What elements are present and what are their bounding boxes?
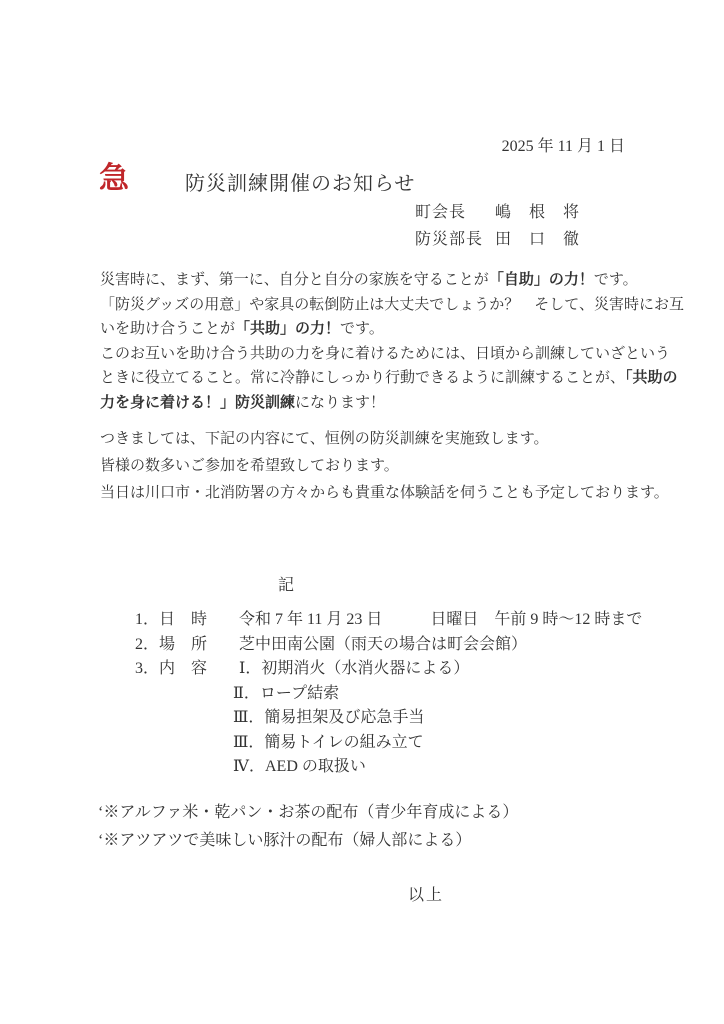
notes-block: ‘※アルファ米・乾パン・お茶の配布（青少年育成による） ‘※アツアツで美味しい豚… (98, 799, 518, 855)
signatory-row: 町会長 嶋 根 将 (415, 199, 580, 226)
signatory-role: 町会長 (415, 199, 495, 226)
signatory-row: 防災部長 田 口 徹 (415, 226, 580, 253)
note-line: ‘※アルファ米・乾パン・お茶の配布（青少年育成による） (98, 799, 518, 827)
intro-line: 災害時に、まず、第一に、自分と自分の家族を守ることが「自助」の力！です。 (100, 268, 684, 293)
schedule-subitem: Ⅲ．簡易トイレの組み立て (135, 731, 642, 756)
intro-line: このお互いを助け合う共助の力を身に着けるためには、日頃から訓練していざという (100, 342, 684, 367)
closing-ijou: 以上 (408, 882, 444, 905)
schedule-subitem: Ⅳ．AED の取扱い (135, 755, 642, 780)
schedule-item-datetime: 1．日 時 令和 7 年 11 月 23 日 日曜日 午前 9 時～12 時まで (135, 608, 642, 633)
intro-line: 力を身に着ける！」防災訓練になります！ (100, 391, 684, 416)
intro-text: です。 (340, 321, 384, 337)
announce-line: 当日は川口市・北消防署の方々からも貴重な体験話を伺うことも予定しております。 (100, 480, 669, 507)
intro-line: 「防災グッズの用意」や家具の転倒防止は大丈夫でしょうか？ そして、災害時にお互 (100, 293, 684, 318)
intro-bold-jijo: 「自助」の力！ (489, 272, 594, 288)
signatory-block: 町会長 嶋 根 将 防災部長 田 口 徹 (415, 199, 580, 253)
intro-text: このお互いを助け合う共助の力を身に着けるためには、日頃から訓練していざという (100, 346, 670, 362)
intro-line: いを助け合うことが「共助」の力！です。 (100, 317, 684, 342)
intro-bold-kyojo-end: 力を身に着ける！」防災訓練 (100, 395, 295, 411)
intro-text: いを助け合うことが (100, 321, 235, 337)
document-date: 2025 年 11 月 1 日 (502, 133, 625, 156)
page-title: 防災訓練開催のお知らせ (185, 171, 415, 197)
intro-line: ときに役立てること。常に冷静にしっかり行動できるように訓練することが、「共助の (100, 366, 684, 391)
intro-text: 「防災グッズの用意」や家具の転倒防止は大丈夫でしょうか？ そして、災害時にお互 (100, 297, 684, 313)
record-heading: 記 (278, 572, 294, 595)
schedule-item-contents: 3．内 容 Ⅰ．初期消火（水消火器による） (135, 657, 642, 682)
signatory-name: 嶋 根 将 (495, 199, 580, 226)
urgent-stamp: 急 (99, 163, 129, 195)
intro-bold-kyojo-start: 「共助の (625, 370, 678, 386)
signatory-name: 田 口 徹 (495, 226, 580, 253)
note-line: ‘※アツアツで美味しい豚汁の配布（婦人部による） (98, 827, 518, 855)
schedule-subitem: Ⅱ．ロープ結索 (135, 682, 642, 707)
intro-text: ときに役立てること。常に冷静にしっかり行動できるように訓練することが、 (100, 370, 625, 386)
intro-paragraph: 災害時に、まず、第一に、自分と自分の家族を守ることが「自助」の力！です。 「防災… (100, 268, 684, 415)
schedule-list: 1．日 時 令和 7 年 11 月 23 日 日曜日 午前 9 時～12 時まで… (135, 608, 642, 780)
announce-line: 皆様の数多いご参加を希望致しております。 (100, 453, 669, 480)
intro-text: 災害時に、まず、第一に、自分と自分の家族を守ることが (100, 272, 489, 288)
announcement-paragraph: つきましては、下記の内容にて、恒例の防災訓練を実施致します。 皆様の数多いご参加… (100, 426, 669, 507)
intro-bold-kyojo: 「共助」の力！ (235, 321, 340, 337)
schedule-item-place: 2．場 所 芝中田南公園（雨天の場合は町会会館） (135, 633, 642, 658)
announce-line: つきましては、下記の内容にて、恒例の防災訓練を実施致します。 (100, 426, 669, 453)
intro-text: です。 (594, 272, 638, 288)
notice-page: 2025 年 11 月 1 日 急 防災訓練開催のお知らせ 町会長 嶋 根 将 … (0, 0, 724, 1024)
signatory-role: 防災部長 (415, 226, 495, 253)
intro-text: になります！ (295, 395, 385, 411)
schedule-subitem: Ⅲ．簡易担架及び応急手当 (135, 706, 642, 731)
